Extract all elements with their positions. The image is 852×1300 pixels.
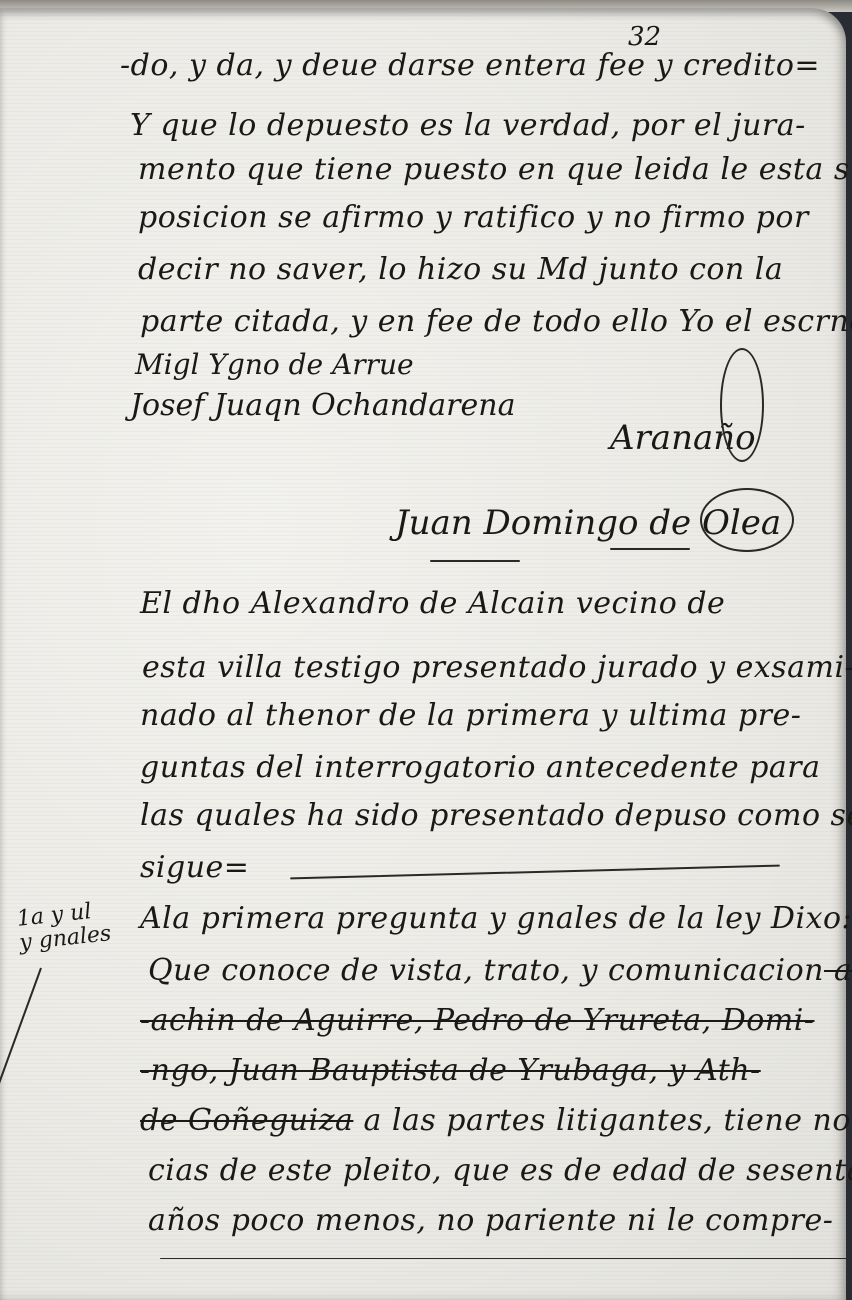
text-line: parte citada, y en fee de todo ello Yo e… bbox=[140, 304, 852, 339]
bleed-through-text bbox=[10, 68, 16, 92]
signature-flourish bbox=[720, 348, 764, 462]
margin-bracket bbox=[0, 968, 42, 1147]
signature-rubric bbox=[430, 560, 520, 562]
signature-flourish bbox=[700, 488, 794, 552]
signature-rubric bbox=[610, 548, 690, 550]
bottom-ruled-line bbox=[160, 1258, 850, 1259]
answer-line: cias de este pleito, que es de edad de s… bbox=[148, 1153, 852, 1188]
margin-annotation: 1a y ul y gnales bbox=[16, 898, 113, 955]
text-line: mento que tiene puesto en que leida le e… bbox=[138, 152, 852, 187]
signature-arrue: Migl Ygno de Arrue bbox=[135, 348, 414, 381]
testimony-line: El dho Alexandro de Alcain vecino de bbox=[140, 586, 725, 621]
testimony-line: sigue= bbox=[140, 850, 249, 885]
testimony-line: esta villa testigo presentado jurado y e… bbox=[142, 650, 852, 685]
testimony-line: las quales ha sido presentado depuso com… bbox=[140, 798, 852, 833]
answer-line: años poco menos, no pariente ni le compr… bbox=[148, 1203, 833, 1238]
answer-line-struck: -ngo, Juan Bauptista de Yrubaga, y Ath- bbox=[140, 1053, 761, 1088]
testimony-line: nado al thenor de la primera y ultima pr… bbox=[140, 698, 801, 733]
signature-ochandarena: Josef Juaqn Ochandarena bbox=[130, 388, 516, 423]
text-line: -do, y da, y deue darse entera fee y cre… bbox=[120, 48, 820, 83]
text-line: posicion se afirmo y ratifico y no firmo… bbox=[138, 200, 809, 235]
testimony-line: guntas del interrogatorio antecedente pa… bbox=[140, 750, 821, 785]
answer-line-struck: -achin de Aguirre, Pedro de Yrureta, Dom… bbox=[140, 1003, 814, 1038]
answer-line: de Goñeguiza a las partes litigantes, ti… bbox=[140, 1103, 852, 1138]
manuscript-page: 32 -do, y da, y deue darse entera fee y … bbox=[0, 8, 846, 1300]
text-line: decir no saver, lo hizo su Md junto con … bbox=[138, 252, 783, 287]
answer-line: Que conoce de vista, trato, y comunicaci… bbox=[148, 953, 852, 988]
answer-line: Ala primera pregunta y gnales de la ley … bbox=[140, 901, 852, 936]
bleed-through-text bbox=[10, 208, 16, 232]
text-line: Y que lo depuesto es la verdad, por el j… bbox=[130, 108, 806, 143]
line-filler-rule bbox=[290, 865, 780, 880]
